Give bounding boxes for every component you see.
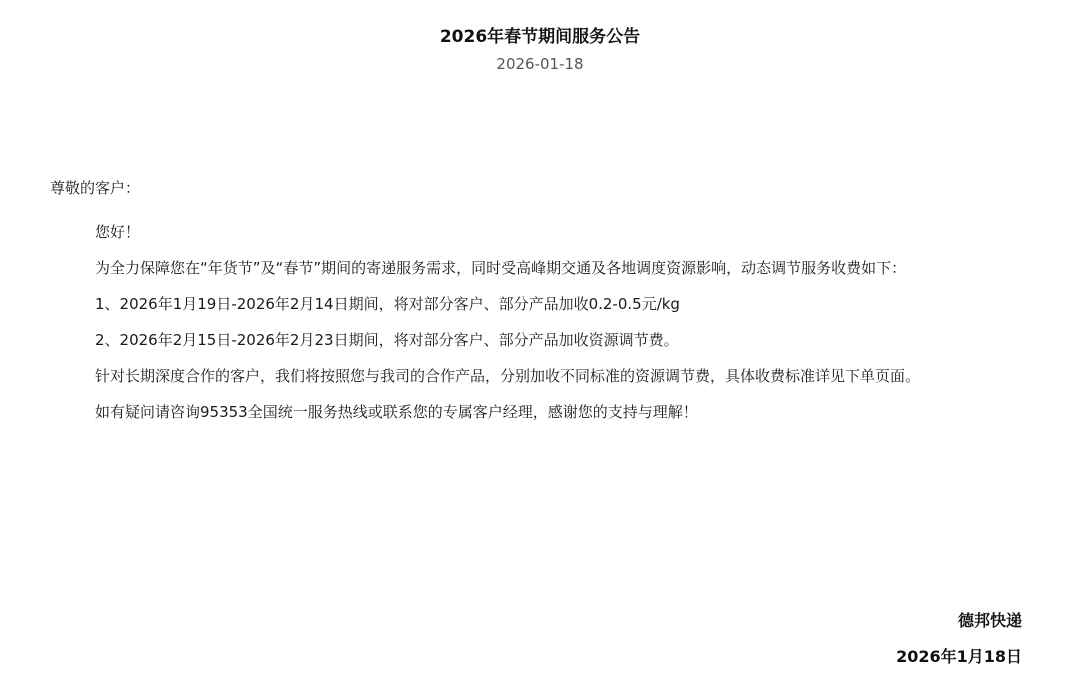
company-name: 德邦快递 [896,603,1022,639]
body-paragraphs: 您好！ 为全力保障您在“年货节”及“春节”期间的寄递服务需求，同时受高峰期交通及… [95,210,1040,434]
signature-date: 2026年1月18日 [896,639,1022,675]
signature-block: 德邦快递 2026年1月18日 [896,603,1022,675]
announcement-header: 2026年春节期间服务公告 2026-01-18 [0,24,1080,76]
salutation: 尊敬的客户： [50,174,1040,202]
page-title: 2026年春节期间服务公告 [0,24,1080,50]
announcement-body: 尊敬的客户： 您好！ 为全力保障您在“年货节”及“春节”期间的寄递服务需求，同时… [50,174,1040,434]
publish-date: 2026-01-18 [0,52,1080,76]
